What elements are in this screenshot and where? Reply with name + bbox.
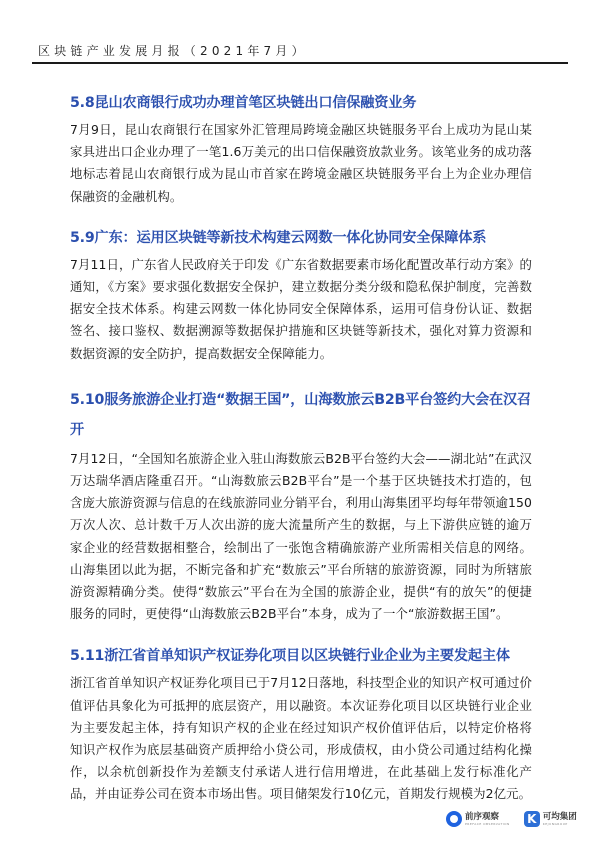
section-body: 浙江省首单知识产权证券化项目已于7月12日落地，科技型企业的知识产权可通过价值评… — [70, 672, 532, 805]
section-title: 5.11浙江省首单知识产权证券化项目以区块链行业企业为主要发起主体 — [70, 643, 532, 669]
section-body: 7月9日，昆山农商银行在国家外汇管理局跨境金融区块链服务平台上成功为昆山某家具进… — [70, 119, 532, 208]
report-content: 5.8昆山农商银行成功办理首笔区块链出口信保融资业务 7月9日，昆山农商银行在国… — [70, 90, 532, 806]
logo-qianxu: 前序观察 PREFACE OBSERVATION — [446, 811, 510, 827]
section-title: 5.10服务旅游企业打造“数据王国”，山海数旅云B2B平台签约大会在汉召开 — [70, 385, 532, 445]
logo-subtitle: PREFACE OBSERVATION — [465, 822, 510, 826]
section-body: 7月11日，广东省人民政府关于印发《广东省数据要素市场化配置改革行动方案》的通知… — [70, 254, 532, 365]
section-5-8: 5.8昆山农商银行成功办理首笔区块链出口信保融资业务 7月9日，昆山农商银行在国… — [70, 90, 532, 208]
page-header: 区块链产业发展月报（2021年7月） — [38, 42, 308, 59]
section-title: 5.8昆山农商银行成功办理首笔区块链出口信保融资业务 — [70, 90, 532, 116]
logo-subtitle: KEJUNGROUP — [543, 822, 577, 826]
section-5-9: 5.9广东：运用区块链等新技术构建云网数一体化协同安全保障体系 7月11日，广东… — [70, 225, 532, 365]
logo-name: 可均集团 — [543, 812, 577, 822]
section-title: 5.9广东：运用区块链等新技术构建云网数一体化协同安全保障体系 — [70, 225, 532, 251]
logo-kejun: K 可均集团 KEJUNGROUP — [524, 811, 577, 827]
k-logo-icon: K — [524, 811, 540, 827]
section-5-11: 5.11浙江省首单知识产权证券化项目以区块链行业企业为主要发起主体 浙江省首单知… — [70, 643, 532, 805]
section-body: 7月12日，“全国知名旅游企业入驻山海数旅云B2B平台签约大会——湖北站”在武汉… — [70, 448, 532, 626]
q-logo-icon — [446, 811, 462, 827]
header-divider — [32, 62, 568, 64]
footer-logos: 前序观察 PREFACE OBSERVATION K 可均集团 KEJUNGRO… — [446, 811, 577, 827]
section-5-10: 5.10服务旅游企业打造“数据王国”，山海数旅云B2B平台签约大会在汉召开 7月… — [70, 385, 532, 626]
logo-name: 前序观察 — [465, 812, 510, 822]
